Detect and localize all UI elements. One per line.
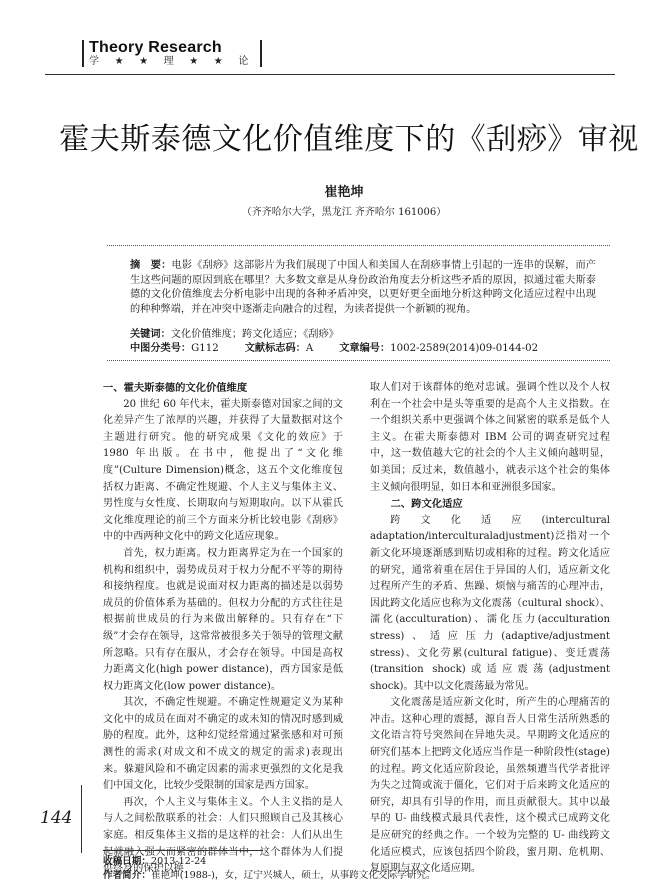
paragraph: 首先，权力距离。权力距离界定为在一个国家的机构和组织中，弱势成员对于权力分配不平… bbox=[103, 546, 343, 695]
bio-label: 作者简介： bbox=[103, 870, 151, 881]
author-bio: 作者简介：崔艳坤(1988-)，女，辽宁兴城人，硕士，从事跨文化交际学研究。 bbox=[103, 869, 623, 882]
section-heading-2: 二、跨文化适应 bbox=[370, 496, 610, 513]
received-date: 收稿日期：2013-12-24 bbox=[103, 855, 623, 868]
paragraph: 取人们对于该群体的绝对忠诚。强调个性以及个人权利在一个社会中是头等重要的是高个人… bbox=[370, 380, 610, 496]
footnote-rule bbox=[103, 850, 263, 851]
doc-code-value: A bbox=[306, 343, 313, 354]
received-value: 2013-12-24 bbox=[151, 856, 206, 867]
article-title: 霍夫斯泰德文化价值维度下的《刮痧》审视 bbox=[0, 114, 658, 158]
author-name: 崔艳坤 bbox=[0, 181, 658, 200]
page-number-bar bbox=[81, 785, 82, 853]
header-rule bbox=[45, 74, 615, 75]
paragraph: 其次，不确定性规避。不确定性规避定义为某种文化中的成员在面对不确定的或未知的情况… bbox=[103, 695, 343, 795]
keywords-label: 关键词： bbox=[130, 329, 171, 340]
doc-code-label: 文献标志码： bbox=[245, 343, 306, 354]
received-label: 收稿日期： bbox=[103, 856, 151, 867]
keywords-text: 文化价值维度；跨文化适应；《刮痧》 bbox=[171, 329, 339, 340]
body-column-right: 取人们对于该群体的绝对忠诚。强调个性以及个人权利在一个社会中是头等重要的是高个人… bbox=[370, 380, 610, 878]
abstract-text: 电影《刮痧》这部影片为我们展现了中国人和美国人在刮痧事情上引起的一连串的误解，而… bbox=[130, 260, 596, 315]
section-heading-1: 一、霍夫斯泰德的文化价值维度 bbox=[103, 380, 343, 397]
keywords: 关键词：文化价值维度；跨文化适应；《刮痧》 bbox=[130, 328, 596, 342]
body-column-left: 一、霍夫斯泰德的文化价值维度 20 世纪 60 年代末，霍夫斯泰德对国家之间的文… bbox=[103, 380, 343, 878]
article-metadata: 关键词：文化价值维度；跨文化适应；《刮痧》 中图分类号：G112文献标志码：A文… bbox=[130, 328, 596, 356]
paragraph: 20 世纪 60 年代末，霍夫斯泰德对国家之间的文化差异产生了浓厚的兴趣，并获得… bbox=[103, 397, 343, 546]
journal-logo: Theory Research 学 ★ ★ 理 ★ ★ 论 bbox=[82, 40, 262, 67]
paragraph: 文化震荡是适应新文化时，所产生的心理痛苦的冲击。这种心理的震撼，源自吾人日常生活… bbox=[370, 695, 610, 878]
abstract-label: 摘 要： bbox=[130, 260, 171, 271]
paragraph: 跨文化适应(intercultural adaptation/intercult… bbox=[370, 513, 610, 696]
article-number-value: 1002-2589(2014)09-0144-02 bbox=[390, 343, 538, 354]
article-number-label: 文章编号： bbox=[339, 343, 390, 354]
abstract: 摘 要：电影《刮痧》这部影片为我们展现了中国人和美国人在刮痧事情上引起的一连串的… bbox=[130, 259, 596, 317]
journal-logo-chinese: 学 ★ ★ 理 ★ ★ 论 bbox=[89, 57, 255, 67]
abstract-bottom-rule bbox=[107, 360, 610, 361]
classification-row: 中图分类号：G112文献标志码：A文章编号：1002-2589(2014)09-… bbox=[130, 342, 596, 356]
author-affiliation: （齐齐哈尔大学，黑龙江 齐齐哈尔 161006） bbox=[0, 203, 658, 218]
clc-value: G112 bbox=[191, 343, 219, 354]
clc-label: 中图分类号： bbox=[130, 343, 191, 354]
abstract-top-rule bbox=[107, 245, 610, 246]
bio-value: 崔艳坤(1988-)，女，辽宁兴城人，硕士，从事跨文化交际学研究。 bbox=[151, 870, 436, 881]
journal-logo-english: Theory Research bbox=[89, 40, 255, 56]
page-number: 144 bbox=[40, 808, 72, 828]
